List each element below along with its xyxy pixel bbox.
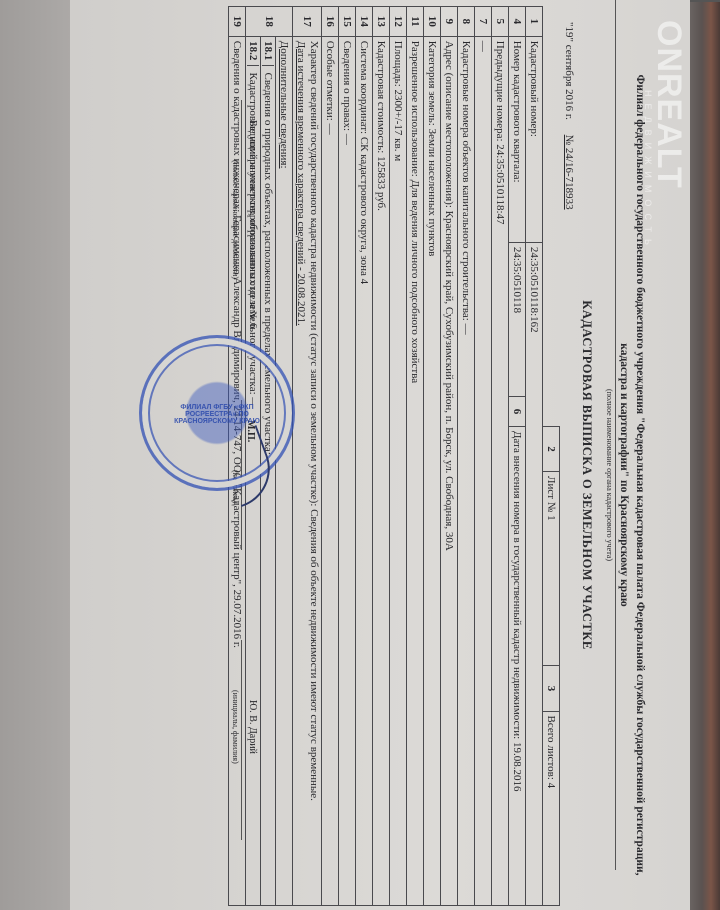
- address: Адрес (описание местоположения): Красноя…: [441, 36, 458, 905]
- document-number: № 24/16-718933: [563, 135, 575, 210]
- row-number: 1: [526, 7, 543, 37]
- table-row: 17 Характер сведений государственного ка…: [293, 7, 322, 906]
- table-row: 8 Кадастровые номера объектов капитально…: [458, 7, 475, 906]
- coordinate-system: Система координат: СК кадастрового округ…: [356, 36, 373, 905]
- row-number: 11: [407, 7, 424, 37]
- cadastral-value: Кадастровая стоимость: 125833 руб.: [373, 36, 390, 905]
- org-name-line2: кадастра и картографии" по Красноярскому…: [618, 60, 630, 890]
- document-date: "19" сентября 2016 г. № 24/16-718933: [563, 22, 575, 210]
- official-stamp: ФИЛИАЛ ФГБУ «ФКП РОСРЕЕСТРА» ПО КРАСНОЯР…: [139, 335, 295, 491]
- table-row: 9 Адрес (описание местоположения): Красн…: [441, 7, 458, 906]
- record-status-text: Характер сведений государственного кадас…: [307, 41, 320, 901]
- table-row: 16 Особые отметки: —: [322, 7, 339, 906]
- divider: [241, 100, 242, 370]
- table-row: 13 Кадастровая стоимость: 125833 руб.: [373, 7, 390, 906]
- org-name-line1: Филиал федерального государственного бюд…: [634, 60, 646, 890]
- table-row: 15 Сведения о правах: —: [339, 7, 356, 906]
- row-number: 12: [390, 7, 407, 37]
- divider: [241, 640, 242, 840]
- quarter-number-label: Номер кадастрового квартала:: [509, 36, 526, 242]
- cadastral-number-value: 24:35:0510118:162: [526, 242, 543, 905]
- table-row: 4 Номер кадастрового квартала: 24:35:051…: [509, 7, 526, 906]
- land-category: Категория земель: Земли населенных пункт…: [424, 36, 441, 905]
- area: Площадь: 2300+/-17 кв. м: [390, 36, 407, 905]
- watermark: ONREALT НЕДВИЖИМОСТЬ: [643, 20, 688, 252]
- row-number: 8: [458, 7, 475, 37]
- document-title: КАДАСТРОВАЯ ВЫПИСКА О ЗЕМЕЛЬНОМ УЧАСТКЕ: [579, 60, 594, 890]
- table-row: 2 Лист № 1 3 Всего листов: 4: [543, 7, 560, 906]
- watermark-brand: ONREALT: [650, 20, 688, 189]
- row-number: 13: [373, 7, 390, 37]
- capital-objects: Кадастровые номера объектов капитального…: [458, 36, 475, 905]
- position-caption: (полное наименование должности): [231, 160, 240, 279]
- expiry-date: Дата истечения временного характера свед…: [294, 41, 307, 901]
- additional-info: Дополнительные сведения:: [276, 36, 293, 905]
- table-row: 12 Площадь: 2300+/-17 кв. м: [390, 7, 407, 906]
- table-row: 14 Система координат: СК кадастрового ок…: [356, 7, 373, 906]
- entry-date: Дата внесения номера в государственный к…: [509, 426, 526, 905]
- row-number: 18.2: [247, 37, 259, 66]
- name-caption: (инициалы, фамилия): [231, 690, 240, 764]
- row-number: 10: [424, 7, 441, 37]
- stamp-text: ФИЛИАЛ ФГБУ «ФКП РОСРЕЕСТРА» ПО КРАСНОЯР…: [160, 404, 274, 425]
- table-row: 1 Кадастровый номер: 24:35:0510118:162: [526, 7, 543, 906]
- row-number: 18: [246, 7, 293, 37]
- previous-numbers: Предыдущие номера: 24:35:0510118:47: [492, 36, 509, 905]
- row-number: 9: [441, 7, 458, 37]
- date-text: "19" сентября 2016 г.: [563, 22, 575, 120]
- row-number: 15: [339, 7, 356, 37]
- special-notes: Особые отметки: —: [322, 36, 339, 905]
- cell-number: 3: [543, 666, 560, 711]
- row-number: 7: [475, 7, 492, 37]
- record-status: Характер сведений государственного кадас…: [293, 36, 322, 905]
- row-number: 14: [356, 7, 373, 37]
- table-row: 7 —: [475, 7, 492, 906]
- table-row: 5 Предыдущие номера: 24:35:0510118:47: [492, 7, 509, 906]
- cadastral-extract-document: ONREALT НЕДВИЖИМОСТЬ Филиал федерального…: [70, 0, 690, 910]
- row-number: 16: [322, 7, 339, 37]
- table-row: 11 Разрешенное использование: Для ведени…: [407, 7, 424, 906]
- cadastral-number-label: Кадастровый номер:: [526, 36, 543, 242]
- divider: [615, 0, 616, 870]
- table-surface: [690, 0, 720, 910]
- sheet-total: Всего листов: 4: [543, 711, 560, 905]
- org-caption: (полное наименование органа кадастрового…: [605, 60, 614, 890]
- row-number: 4: [509, 7, 526, 37]
- row-number: 17: [293, 7, 322, 37]
- row-number: 19: [229, 7, 246, 37]
- cell-number: 2: [543, 426, 560, 471]
- table-row: 10 Категория земель: Земли населенных пу…: [424, 7, 441, 906]
- quarter-number-value: 24:35:0510118: [509, 242, 526, 396]
- rights-info: Сведения о правах: —: [339, 36, 356, 905]
- cell-number: 6: [509, 397, 526, 427]
- permitted-use: Разрешенное использование: Для ведения л…: [407, 36, 424, 905]
- sheet-number: Лист № 1: [543, 472, 560, 666]
- row-number: 5: [492, 7, 509, 37]
- row-7-value: —: [475, 36, 492, 905]
- row-number: 18.1: [262, 37, 274, 66]
